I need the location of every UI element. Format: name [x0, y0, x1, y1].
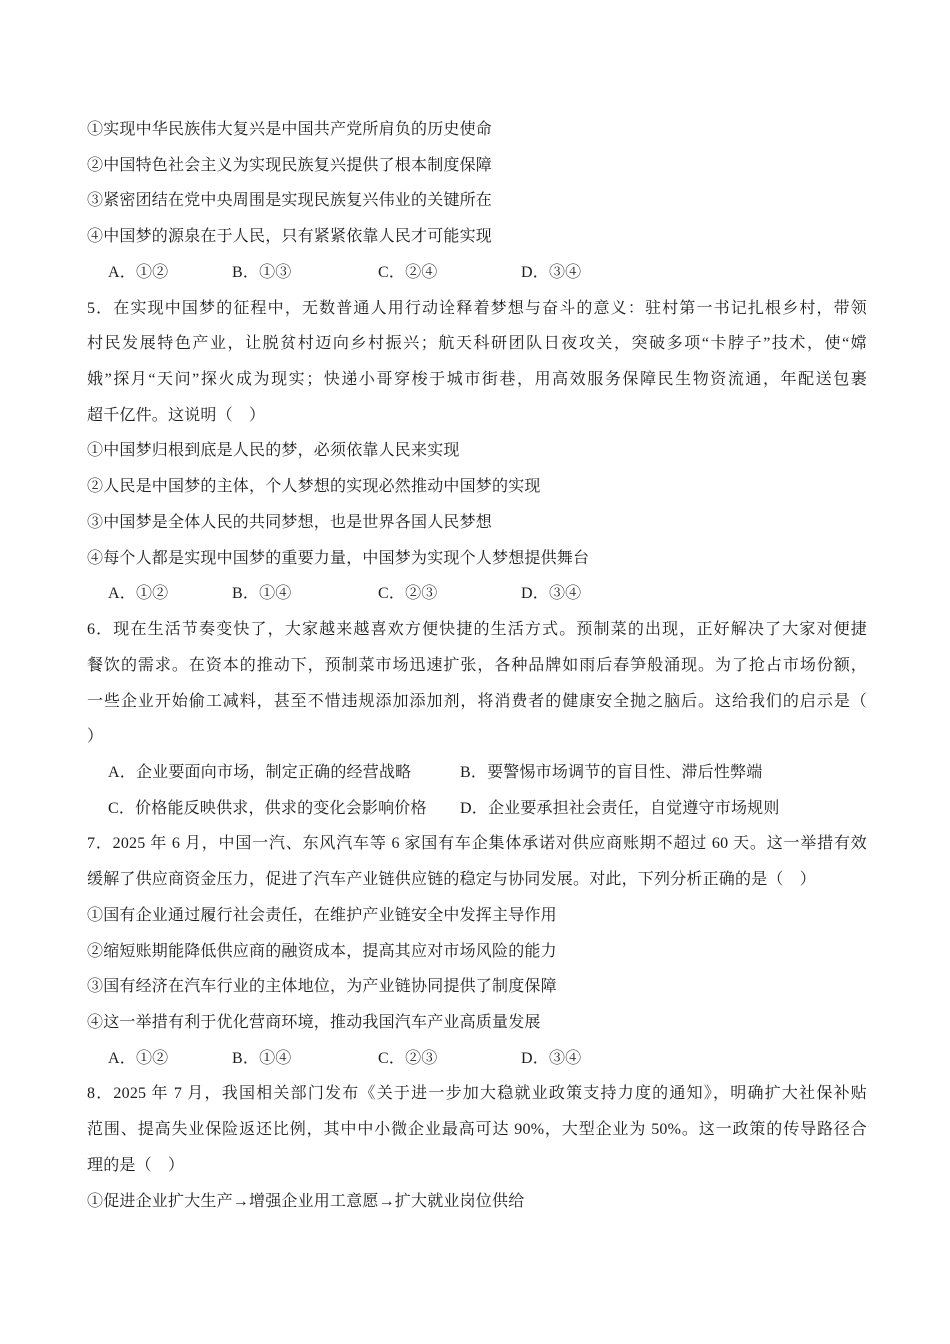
q8-stem-line-3: 理的是（ ） — [87, 1148, 867, 1184]
q7-stem-line-2: 缓解了供应商资金压力，促进了汽车产业链供应链的稳定与协同发展。对此，下列分析正确… — [87, 862, 867, 898]
q7-answer-c: C．②③ — [378, 1041, 521, 1077]
q7-item-4: ④这一举措有利于优化营商环境，推动我国汽车产业高质量发展 — [87, 1005, 867, 1041]
q4-item-3: ③紧密团结在党中央周围是实现民族复兴伟业的关键所在 — [87, 183, 867, 219]
q4-answer-a: A．①② — [108, 255, 232, 291]
q5-item-1: ①中国梦归根到底是人民的梦，必须依靠人民来实现 — [87, 433, 867, 469]
q4-answers-row: A．①② B．①③ C．②④ D．③④ — [87, 255, 867, 291]
q4-answer-b: B．①③ — [232, 255, 378, 291]
q7-answers-row: A．①② B．①④ C．②③ D．③④ — [87, 1041, 867, 1077]
q7-item-1: ①国有企业通过履行社会责任，在维护产业链安全中发挥主导作用 — [87, 898, 867, 934]
q5-answer-c: C．②③ — [378, 576, 521, 612]
q5-answer-b: B．①④ — [232, 576, 378, 612]
q5-stem-line-4: 超千亿件。这说明（ ） — [87, 398, 867, 434]
q5-answer-a: A．①② — [108, 576, 232, 612]
q6-stem-line-3: 一些企业开始偷工减料，甚至不惜违规添加添加剂，将消费者的健康安全抛之脑后。这给我… — [87, 684, 867, 720]
q8-item-1: ①促进企业扩大生产→增强企业用工意愿→扩大就业岗位供给 — [87, 1184, 867, 1220]
q5-stem-line-3: 娥”探月“天问”探火成为现实；快递小哥穿梭于城市街巷，用高效服务保障民生物资流通… — [87, 362, 867, 398]
q7-stem-line-1: 7．2025 年 6 月，中国一汽、东风汽车等 6 家国有车企集体承诺对供应商账… — [87, 826, 867, 862]
q4-item-1: ①实现中华民族伟大复兴是中国共产党所肩负的历史使命 — [87, 112, 867, 148]
q6-option-c: C．价格能反映供求，供求的变化会影响价格 — [108, 791, 460, 827]
q6-options-row-ab: A．企业要面向市场，制定正确的经营战略 B．要警惕市场调节的盲目性、滞后性弊端 — [87, 755, 867, 791]
q7-item-3: ③国有经济在汽车行业的主体地位，为产业链协同提供了制度保障 — [87, 969, 867, 1005]
q4-item-2: ②中国特色社会主义为实现民族复兴提供了根本制度保障 — [87, 148, 867, 184]
q5-item-4: ④每个人都是实现中国梦的重要力量，中国梦为实现个人梦想提供舞台 — [87, 541, 867, 577]
q6-stem-line-1: 6．现在生活节奏变快了，大家越来越喜欢方便快捷的生活方式。预制菜的出现，正好解决… — [87, 612, 867, 648]
q7-answer-d: D．③④ — [521, 1041, 581, 1077]
q6-stem-line-2: 餐饮的需求。在资本的推动下，预制菜市场迅速扩张，各种品牌如雨后春笋般涌现。为了抢… — [87, 648, 867, 684]
q8-stem-line-1: 8．2025 年 7 月，我国相关部门发布《关于进一步加大稳就业政策支持力度的通… — [87, 1076, 867, 1112]
q5-answer-d: D．③④ — [521, 576, 581, 612]
q4-item-4: ④中国梦的源泉在于人民，只有紧紧依靠人民才可能实现 — [87, 219, 867, 255]
exam-page: ①实现中华民族伟大复兴是中国共产党所肩负的历史使命 ②中国特色社会主义为实现民族… — [0, 0, 950, 1344]
q7-answer-a: A．①② — [108, 1041, 232, 1077]
q6-option-a: A．企业要面向市场，制定正确的经营战略 — [108, 755, 460, 791]
q6-options-row-cd: C．价格能反映供求，供求的变化会影响价格 D．企业要承担社会责任，自觉遵守市场规… — [87, 791, 867, 827]
q5-answers-row: A．①② B．①④ C．②③ D．③④ — [87, 576, 867, 612]
q7-answer-b: B．①④ — [232, 1041, 378, 1077]
q5-item-3: ③中国梦是全体人民的共同梦想，也是世界各国人民梦想 — [87, 505, 867, 541]
q8-stem-line-2: 范围、提高失业保险返还比例，其中中小微企业最高可达 90%，大型企业为 50%。… — [87, 1112, 867, 1148]
document-content: ①实现中华民族伟大复兴是中国共产党所肩负的历史使命 ②中国特色社会主义为实现民族… — [87, 112, 867, 1219]
q6-stem-line-4: ） — [87, 719, 867, 755]
q4-answer-d: D．③④ — [521, 255, 581, 291]
q6-option-d: D．企业要承担社会责任，自觉遵守市场规则 — [460, 791, 780, 827]
q6-option-b: B．要警惕市场调节的盲目性、滞后性弊端 — [460, 755, 762, 791]
q7-item-2: ②缩短账期能降低供应商的融资成本，提高其应对市场风险的能力 — [87, 934, 867, 970]
q5-stem-line-2: 村民发展特色产业，让脱贫村迈向乡村振兴；航天科研团队日夜攻关，突破多项“卡脖子”… — [87, 326, 867, 362]
q4-answer-c: C．②④ — [378, 255, 521, 291]
q5-stem-line-1: 5．在实现中国梦的征程中，无数普通人用行动诠释着梦想与奋斗的意义：驻村第一书记扎… — [87, 291, 867, 327]
q5-item-2: ②人民是中国梦的主体，个人梦想的实现必然推动中国梦的实现 — [87, 469, 867, 505]
